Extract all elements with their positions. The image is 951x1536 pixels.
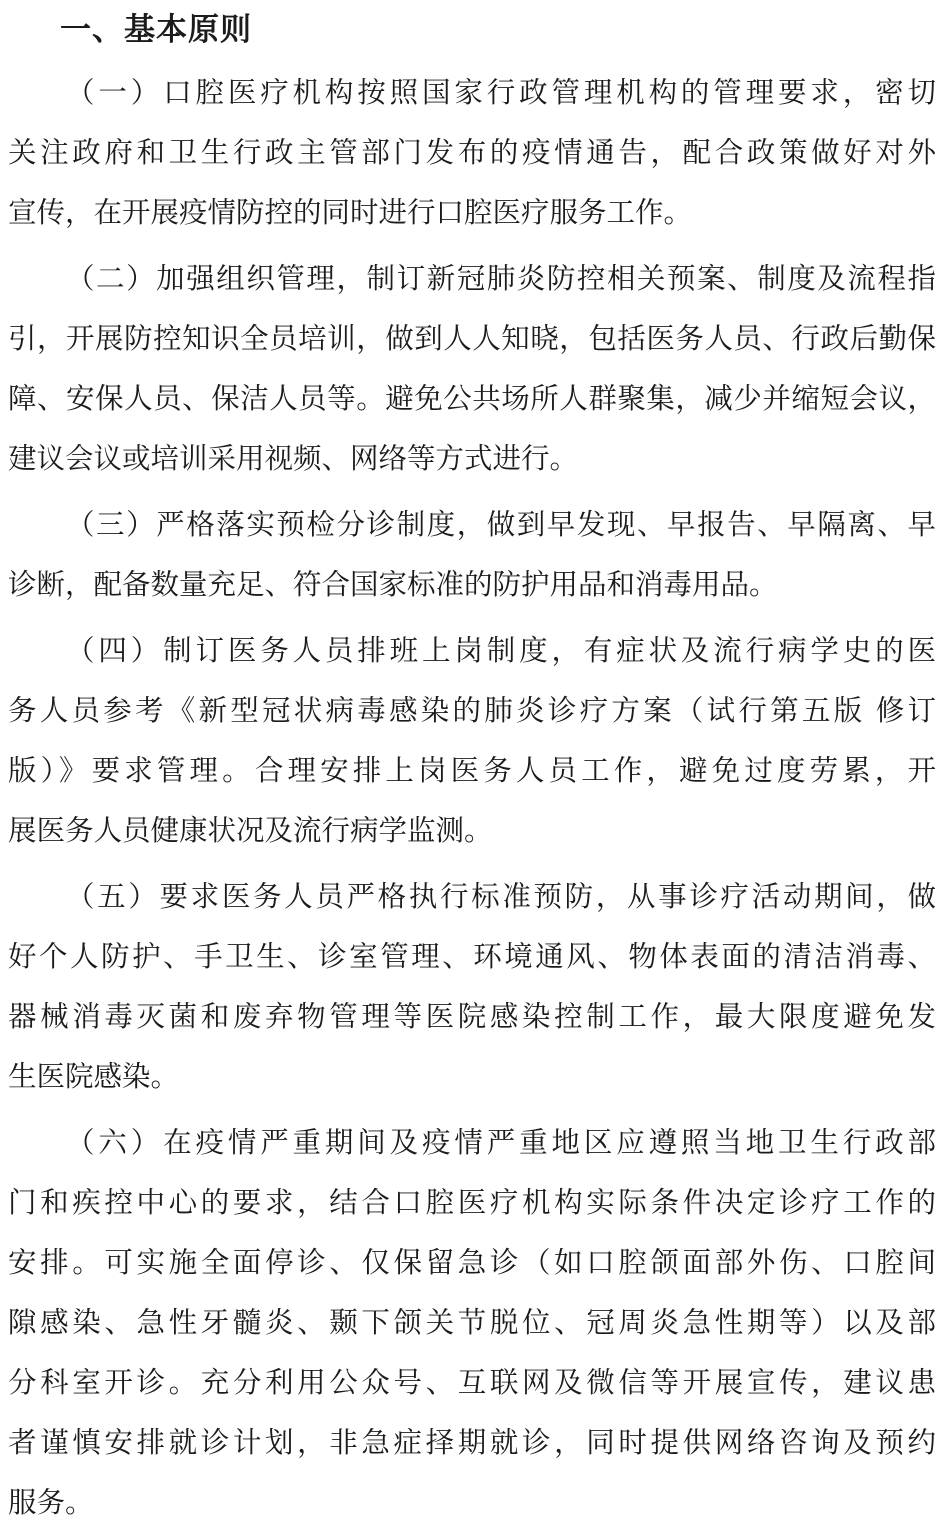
paragraph: （五）要求医务人员严格执行标准预防，从事诊疗活动期间，做好个人防护、手卫生、诊室… (8, 868, 936, 1108)
paragraph: （一）口腔医疗机构按照国家行政管理机构的管理要求，密切关注政府和卫生行政主管部门… (8, 64, 936, 244)
text-line: 关注政府和卫生行政主管部门发布的疫情通告，配合政策做好对外 (8, 124, 936, 184)
text-line: 好个人防护、手卫生、诊室管理、环境通风、物体表面的清洁消毒、 (8, 928, 936, 988)
text-line: 分科室开诊。充分利用公众号、互联网及微信等开展宣传，建议患 (8, 1354, 936, 1414)
text-line: 隙感染、急性牙髓炎、颞下颌关节脱位、冠周炎急性期等）以及部 (8, 1294, 936, 1354)
section-heading: 一、基本原则 (8, 0, 936, 60)
text-line: 生医院感染。 (8, 1048, 936, 1108)
text-line: 务人员参考《新型冠状病毒感染的肺炎诊疗方案（试行第五版 修订 (8, 682, 936, 742)
paragraph: （四）制订医务人员排班上岗制度，有症状及流行病学史的医务人员参考《新型冠状病毒感… (8, 622, 936, 862)
text-line: 安排。可实施全面停诊、仅保留急诊（如口腔颌面部外伤、口腔间 (8, 1234, 936, 1294)
text-line: 者谨慎安排就诊计划，非急症择期就诊，同时提供网络咨询及预约 (8, 1414, 936, 1474)
document-body: （一）口腔医疗机构按照国家行政管理机构的管理要求，密切关注政府和卫生行政主管部门… (8, 64, 936, 1534)
text-line: （四）制订医务人员排班上岗制度，有症状及流行病学史的医 (8, 622, 936, 682)
text-line: 建议会议或培训采用视频、网络等方式进行。 (8, 430, 936, 490)
text-line: 服务。 (8, 1474, 936, 1534)
text-line: （六）在疫情严重期间及疫情严重地区应遵照当地卫生行政部 (8, 1114, 936, 1174)
text-line: 版）》要求管理。合理安排上岗医务人员工作，避免过度劳累，开 (8, 742, 936, 802)
text-line: 宣传，在开展疫情防控的同时进行口腔医疗服务工作。 (8, 184, 936, 244)
document-page: 一、基本原则 （一）口腔医疗机构按照国家行政管理机构的管理要求，密切关注政府和卫… (0, 0, 951, 1536)
text-line: 器械消毒灭菌和废弃物管理等医院感染控制工作，最大限度避免发 (8, 988, 936, 1048)
text-line: 引，开展防控知识全员培训，做到人人知晓，包括医务人员、行政后勤保 (8, 310, 936, 370)
paragraph: （二）加强组织管理，制订新冠肺炎防控相关预案、制度及流程指引，开展防控知识全员培… (8, 250, 936, 490)
paragraph: （三）严格落实预检分诊制度，做到早发现、早报告、早隔离、早诊断，配备数量充足、符… (8, 496, 936, 616)
text-line: 诊断，配备数量充足、符合国家标准的防护用品和消毒用品。 (8, 556, 936, 616)
text-line: 门和疾控中心的要求，结合口腔医疗机构实际条件决定诊疗工作的 (8, 1174, 936, 1234)
text-line: （二）加强组织管理，制订新冠肺炎防控相关预案、制度及流程指 (8, 250, 936, 310)
text-line: （五）要求医务人员严格执行标准预防，从事诊疗活动期间，做 (8, 868, 936, 928)
paragraph: （六）在疫情严重期间及疫情严重地区应遵照当地卫生行政部门和疾控中心的要求，结合口… (8, 1114, 936, 1534)
text-line: （三）严格落实预检分诊制度，做到早发现、早报告、早隔离、早 (8, 496, 936, 556)
text-line: 障、安保人员、保洁人员等。避免公共场所人群聚集，减少并缩短会议， (8, 370, 936, 430)
text-line: 展医务人员健康状况及流行病学监测。 (8, 802, 936, 862)
text-line: （一）口腔医疗机构按照国家行政管理机构的管理要求，密切 (8, 64, 936, 124)
